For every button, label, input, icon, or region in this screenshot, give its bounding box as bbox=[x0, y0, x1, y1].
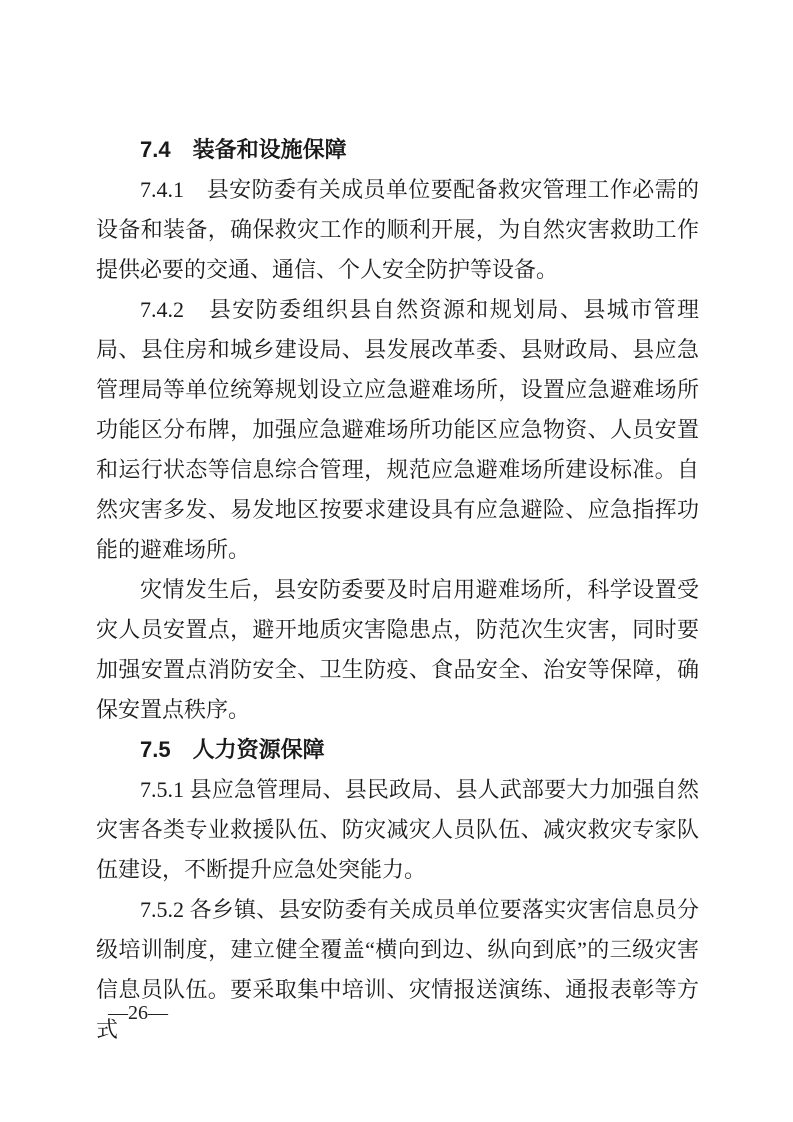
section-heading-7-4: 7.4 装备和设施保障 bbox=[96, 130, 699, 170]
page-number: —26— bbox=[108, 998, 168, 1028]
content-area: 7.4 装备和设施保障 7.4.1 县安防委有关成员单位要配备救灾管理工作必需的… bbox=[96, 130, 699, 1050]
document-page: 7.4 装备和设施保障 7.4.1 县安防委有关成员单位要配备救灾管理工作必需的… bbox=[0, 0, 793, 1122]
paragraph-7-5-2: 7.5.2 各乡镇、县安防委有关成员单位要落实灾害信息员分级培训制度，建立健全覆… bbox=[96, 890, 699, 1050]
paragraph-7-4-1: 7.4.1 县安防委有关成员单位要配备救灾管理工作必需的设备和装备，确保救灾工作… bbox=[96, 170, 699, 290]
paragraph-shelter-activation: 灾情发生后，县安防委要及时启用避难场所，科学设置受灾人员安置点，避开地质灾害隐患… bbox=[96, 570, 699, 730]
paragraph-7-5-1: 7.5.1 县应急管理局、县民政局、县人武部要大力加强自然灾害各类专业救援队伍、… bbox=[96, 770, 699, 890]
paragraph-7-4-2: 7.4.2 县安防委组织县自然资源和规划局、县城市管理局、县住房和城乡建设局、县… bbox=[96, 290, 699, 570]
section-heading-7-5: 7.5 人力资源保障 bbox=[96, 730, 699, 770]
